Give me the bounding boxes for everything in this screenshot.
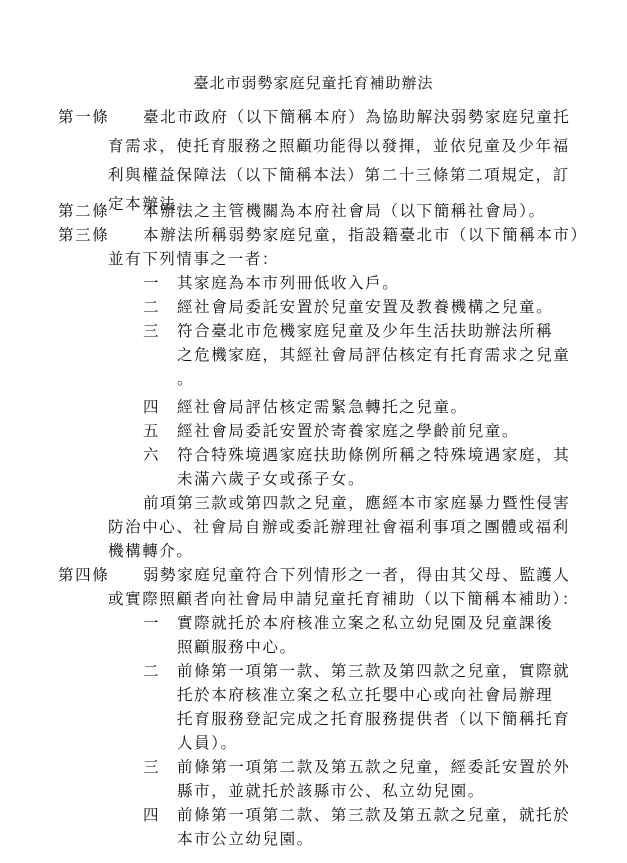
article-4-line: 或實際照顧者向社會局申請兒童托育補助（以下簡稱本補助）： [108, 588, 579, 610]
item-number: 三 [143, 320, 160, 342]
article-2-label: 第二條 [58, 200, 109, 222]
item-number: 一 [143, 272, 160, 294]
item-text: 人員）。 [177, 732, 238, 754]
article-3-line: 並有下列情事之一者： [108, 248, 279, 270]
item-text: 照顧服務中心。 [177, 636, 297, 658]
article-1-line: 育需求，使托育服務之照顧功能得以發揮，並依兒童及少年福 [108, 135, 570, 157]
paragraph-line: 機構轉介。 [108, 540, 194, 562]
item-number: 一 [143, 612, 160, 634]
item-text: 前條第一項第二款及第五款之兒童，經委託安置於外 [177, 756, 570, 778]
item-text: 未滿六歲子女或孫子女。 [177, 468, 365, 490]
article-1-line: 臺北市政府（以下簡稱本府）為協助解決弱勢家庭兒童托 [143, 106, 571, 128]
article-4-label: 第四條 [58, 564, 109, 586]
item-text: 符合臺北市危機家庭兒童及少年生活扶助辦法所稱 [177, 320, 553, 342]
item-number: 三 [143, 756, 160, 778]
item-text: 之危機家庭，其經社會局評估核定有托育需求之兒童 [177, 344, 570, 366]
item-number: 二 [143, 296, 160, 318]
item-number: 四 [143, 804, 160, 826]
article-2-line: 本辦法之主管機關為本府社會局（以下簡稱社會局）。 [143, 200, 546, 222]
item-text: 符合特殊境遇家庭扶助條例所稱之特殊境遇家庭，其 [177, 444, 570, 466]
article-4-line: 弱勢家庭兒童符合下列情形之一者，得由其父母、監護人 [143, 564, 571, 586]
document-title: 臺北市弱勢家庭兒童托育補助辦法 [0, 72, 627, 93]
paragraph-line: 前項第三款或第四款之兒童，應經本市家庭暴力暨性侵害 [143, 492, 571, 514]
article-1-line: 利與權益保障法（以下簡稱本法）第二十三條第二項規定，訂 [108, 164, 570, 186]
item-text: 其家庭為本市列冊低收入戶。 [177, 272, 399, 294]
item-text: 縣市，並就托於該縣市公、私立幼兒園。 [177, 780, 485, 802]
item-text: 托於本府核准立案之私立托嬰中心或向社會局辦理 [177, 684, 553, 706]
item-text: 前條第一項第二款、第三款及第五款之兒童，就托於 [177, 804, 570, 826]
article-1-label: 第一條 [58, 106, 109, 128]
item-number: 六 [143, 444, 160, 466]
article-3-label: 第三條 [58, 224, 109, 246]
item-text: 經社會局委託安置於寄養家庭之學齡前兒童。 [177, 420, 519, 442]
item-text: 托育服務登記完成之托育服務提供者（以下簡稱托育 [177, 708, 570, 730]
paragraph-line: 防治中心、社會局自辦或委託辦理社會福利事項之團體或福利 [108, 516, 570, 538]
item-number: 二 [143, 660, 160, 682]
item-text: 前條第一項第一款、第三款及第四款之兒童，實際就 [177, 660, 570, 682]
item-text: 本市公立幼兒園。 [177, 828, 314, 850]
item-text: 經社會局委託安置於兒童安置及教養機構之兒童。 [177, 296, 553, 318]
item-number: 五 [143, 420, 160, 442]
item-text: 經社會局評估核定需緊急轉托之兒童。 [177, 396, 468, 418]
item-text: 。 [177, 368, 194, 390]
article-3-line: 本辦法所稱弱勢家庭兒童，指設籍臺北市（以下簡稱本市） [143, 224, 588, 246]
item-text: 實際就托於本府核准立案之私立幼兒園及兒童課後 [177, 612, 553, 634]
item-number: 四 [143, 396, 160, 418]
